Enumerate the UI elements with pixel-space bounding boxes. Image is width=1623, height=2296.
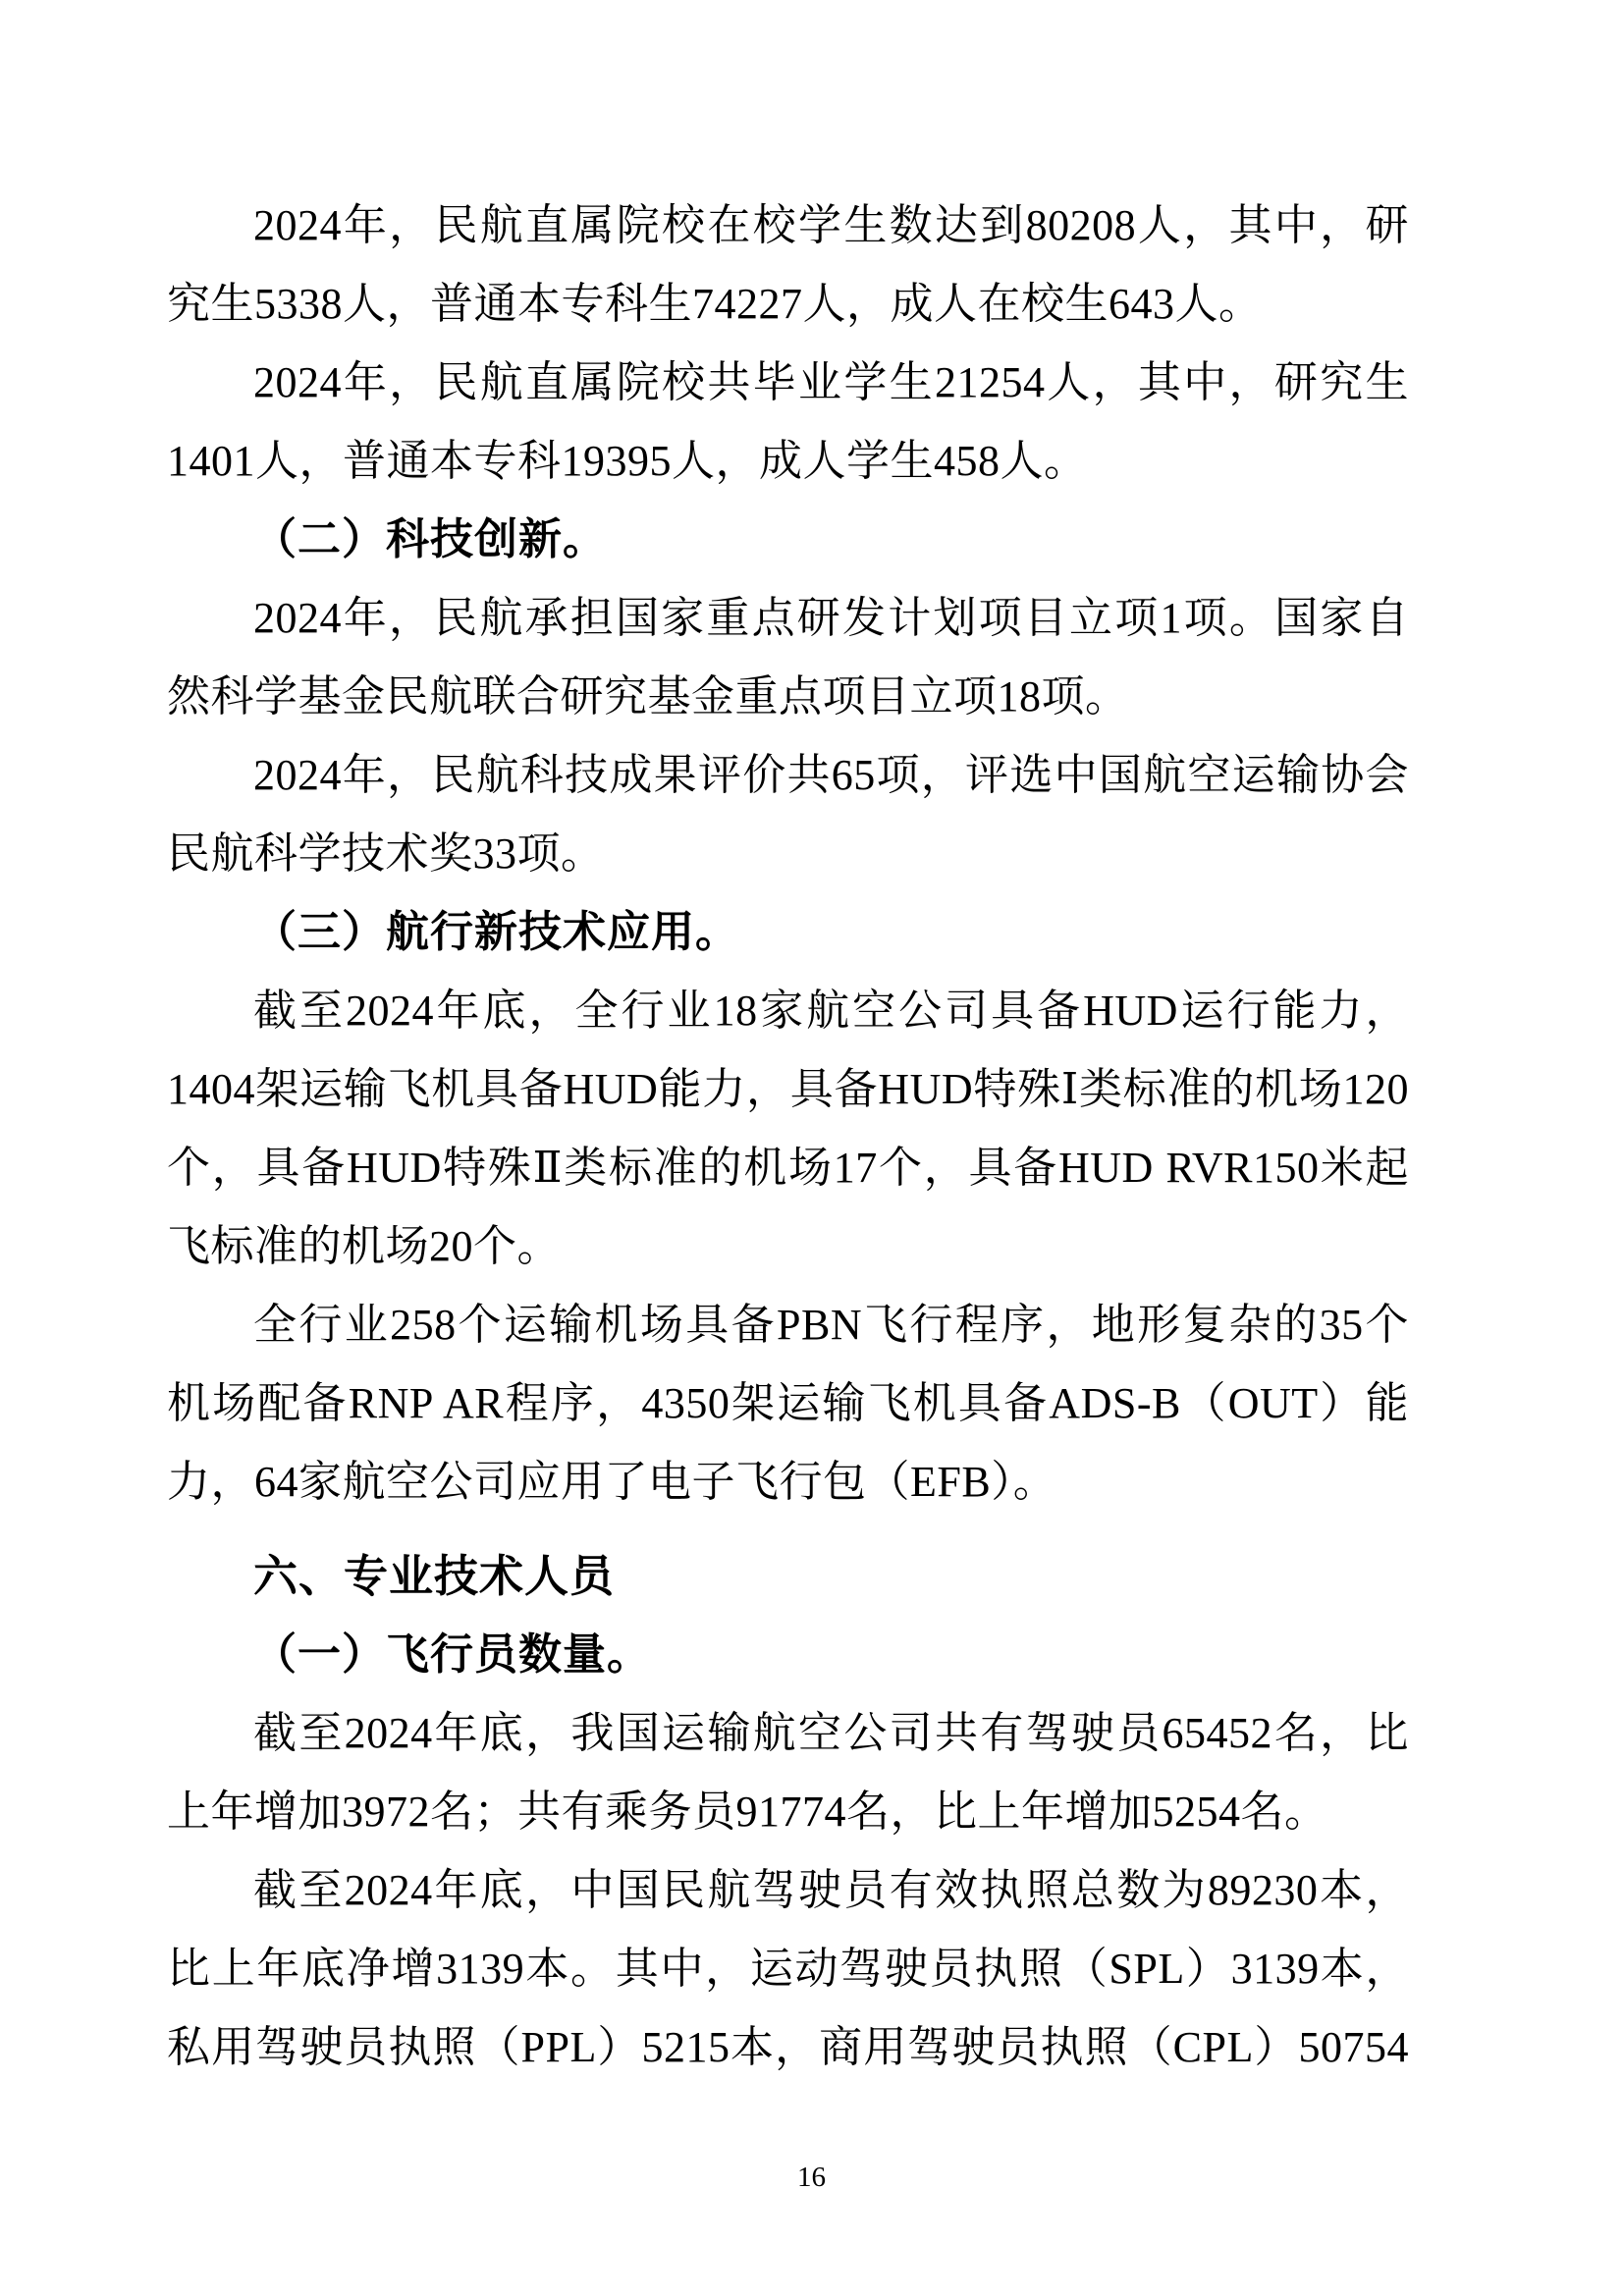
paragraph-tech-awards: 2024年，民航科技成果评价共65项，评选中国航空运输协会民航科学技术奖33项。: [167, 736, 1409, 893]
paragraph-students-graduated: 2024年，民航直属院校共毕业学生21254人，其中，研究生1401人，普通本专…: [167, 344, 1409, 501]
subsection-heading-pilot-numbers: （一）飞行员数量。: [167, 1616, 1409, 1694]
subsection-heading-navigation-tech: （三）航行新技术应用。: [167, 893, 1409, 972]
paragraph-hud-capability: 截至2024年底，全行业18家航空公司具备HUD运行能力，1404架运输飞机具备…: [167, 972, 1409, 1286]
paragraph-research-projects: 2024年，民航承担国家重点研发计划项目立项1项。国家自然科学基金民航联合研究基…: [167, 579, 1409, 736]
document-page: { "page": { "number": "16", "background_…: [0, 0, 1623, 2296]
page-number: 16: [0, 2160, 1623, 2195]
section-heading-professional-personnel: 六、专业技术人员: [167, 1537, 1409, 1616]
paragraph-pbn-adsb-efb: 全行业258个运输机场具备PBN飞行程序，地形复杂的35个机场配备RNP AR程…: [167, 1286, 1409, 1522]
paragraph-pilot-licenses: 截至2024年底，中国民航驾驶员有效执照总数为89230本，比上年底净增3139…: [167, 1851, 1409, 2087]
page-body-text: 2024年，民航直属院校在校学生数达到80208人，其中，研究生5338人，普通…: [167, 187, 1409, 2087]
paragraph-pilot-crew-counts: 截至2024年底，我国运输航空公司共有驾驶员65452名，比上年增加3972名；…: [167, 1694, 1409, 1851]
paragraph-students-enrolled: 2024年，民航直属院校在校学生数达到80208人，其中，研究生5338人，普通…: [167, 187, 1409, 344]
subsection-heading-tech-innovation: （二）科技创新。: [167, 501, 1409, 579]
report-page: 2024年，民航直属院校在校学生数达到80208人，其中，研究生5338人，普通…: [0, 0, 1623, 2296]
